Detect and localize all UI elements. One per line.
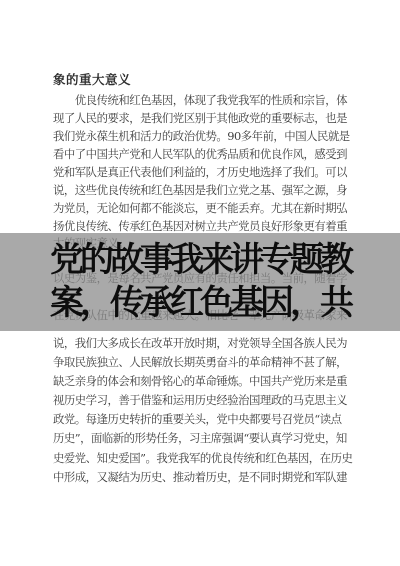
- overlay-title: 党的故事我来讲专题教 案，传承红色基因，共: [50, 239, 350, 324]
- text-line: 为党员，无论如何都不能淡忘，更不能丢弃。尤其在新时期弘: [53, 199, 353, 217]
- document-page: 象的重大意义 优良传统和红色基因，体现了我党我军的性质和宗旨，体 现了人民的要求…: [0, 0, 400, 566]
- text-line: 中形成，又凝结为历史、推动着历史，是不同时期党和军队建: [53, 468, 353, 487]
- text-line: 视历史学习，善于借鉴和运用历史经验治国理政的马克思主义: [53, 391, 353, 410]
- text-line: 我们党永葆生机和活力的政治优势。90多年前，中国人民就是: [53, 127, 353, 145]
- paragraph-bottom: 说，我们大多成长在改革开放时期，对党领导全国各族人民为 争取民族独立、人民解放长…: [53, 334, 353, 487]
- text-line: 说，我们大多成长在改革开放时期，对党领导全国各族人民为: [53, 334, 353, 353]
- text-line: 政党。每逢历史转折的重要关头，党中央都要号召党员“读点: [53, 410, 353, 429]
- overlay-title-line2: 案，传承红色基因，共: [50, 282, 350, 325]
- text-line: 缺乏亲身的体会和刻骨铭心的革命锤炼。中国共产党历来是重: [53, 372, 353, 391]
- text-line: 看中了中国共产党和人民军队的优秀品质和优良作风，感受到: [53, 145, 353, 163]
- text-line: 史爱党、知史爱国”。我党我军的优良传统和红色基因，在历史: [53, 449, 353, 468]
- caption-overlay-band: 大的现实意义。 以史为鉴，是每名共产党员应有的责任和担当。当前，随着学 在党员队…: [0, 233, 400, 331]
- text-line: 现了人民的要求，是我们党区别于其他政党的重要标志，也是: [53, 109, 353, 127]
- text-line: 历史”，面临新的形势任务，习主席强调“要认真学习党史，知: [53, 429, 353, 448]
- text-line: 争取民族独立、人民解放长期英勇奋斗的革命精神不甚了解，: [53, 353, 353, 372]
- section-heading: 象的重大意义: [53, 70, 131, 88]
- text-line: 优良传统和红色基因，体现了我党我军的性质和宗旨，体: [53, 91, 353, 109]
- text-line: 党和军队是真正代表他们利益的，才历史地选择了我们。可以: [53, 163, 353, 181]
- paragraph-top: 优良传统和红色基因，体现了我党我军的性质和宗旨，体 现了人民的要求，是我们党区别…: [53, 91, 353, 235]
- overlay-title-line1: 党的故事我来讲专题教: [50, 239, 350, 282]
- text-line: 说，这些优良传统和红色基因是我们立党之基、强军之源，身: [53, 181, 353, 199]
